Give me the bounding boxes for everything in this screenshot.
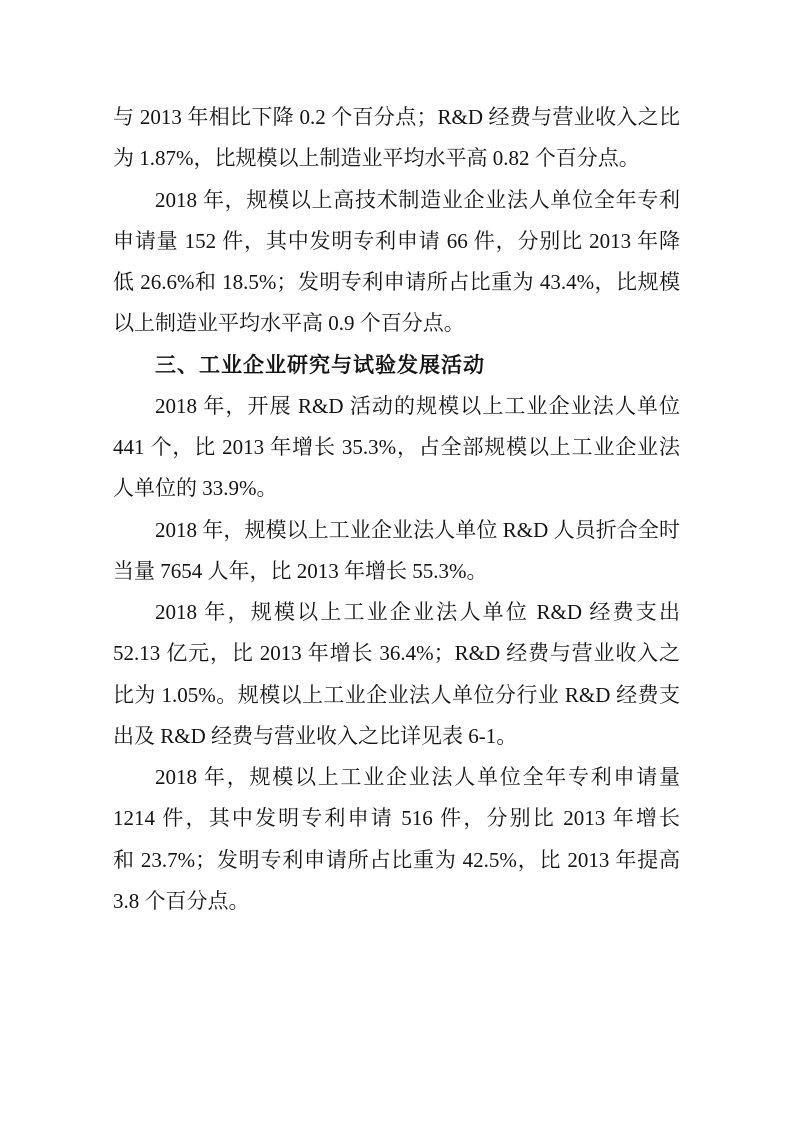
text-line: 3.8 个百分点。 — [113, 881, 680, 922]
text-line: 52.13 亿元，比 2013 年增长 36.4%；R&D 经费与营业收入之 — [113, 633, 680, 674]
paragraph-first-line: 2018 年，规模以上高技术制造业企业法人单位全年专利 — [113, 180, 680, 221]
paragraph-first-line: 2018 年，规模以上工业企业法人单位 R&D 经费支出 — [113, 592, 680, 633]
text-line: 低 26.6%和 18.5%；发明专利申请所占比重为 43.4%，比规模 — [113, 262, 680, 303]
text-line: 申请量 152 件，其中发明专利申请 66 件，分别比 2013 年降 — [113, 221, 680, 262]
paragraph-first-line: 2018 年，规模以上工业企业法人单位全年专利申请量 — [113, 757, 680, 798]
document-page: 与 2013 年相比下降 0.2 个百分点；R&D 经费与营业收入之比 为 1.… — [0, 0, 793, 1122]
paragraph-first-line: 2018 年，规模以上工业企业法人单位 R&D 人员折合全时 — [113, 510, 680, 551]
text-line: 比为 1.05%。规模以上工业企业法人单位分行业 R&D 经费支 — [113, 675, 680, 716]
text-line: 为 1.87%，比规模以上制造业平均水平高 0.82 个百分点。 — [113, 138, 680, 179]
text-line: 与 2013 年相比下降 0.2 个百分点；R&D 经费与营业收入之比 — [113, 97, 680, 138]
text-line: 441 个，比 2013 年增长 35.3%，占全部规模以上工业企业法 — [113, 427, 680, 468]
text-line: 当量 7654 人年，比 2013 年增长 55.3%。 — [113, 551, 680, 592]
text-line: 出及 R&D 经费与营业收入之比详见表 6-1。 — [113, 716, 680, 757]
text-line: 和 23.7%；发明专利申请所占比重为 42.5%，比 2013 年提高 — [113, 840, 680, 881]
text-line: 以上制造业平均水平高 0.9 个百分点。 — [113, 303, 680, 344]
document-body: 与 2013 年相比下降 0.2 个百分点；R&D 经费与营业收入之比 为 1.… — [113, 97, 680, 922]
text-line: 1214 件，其中发明专利申请 516 件，分别比 2013 年增长 12.9% — [113, 798, 680, 839]
paragraph-first-line: 2018 年，开展 R&D 活动的规模以上工业企业法人单位 — [113, 386, 680, 427]
section-heading: 三、工业企业研究与试验发展活动 — [113, 345, 680, 386]
text-line: 人单位的 33.9%。 — [113, 468, 680, 509]
